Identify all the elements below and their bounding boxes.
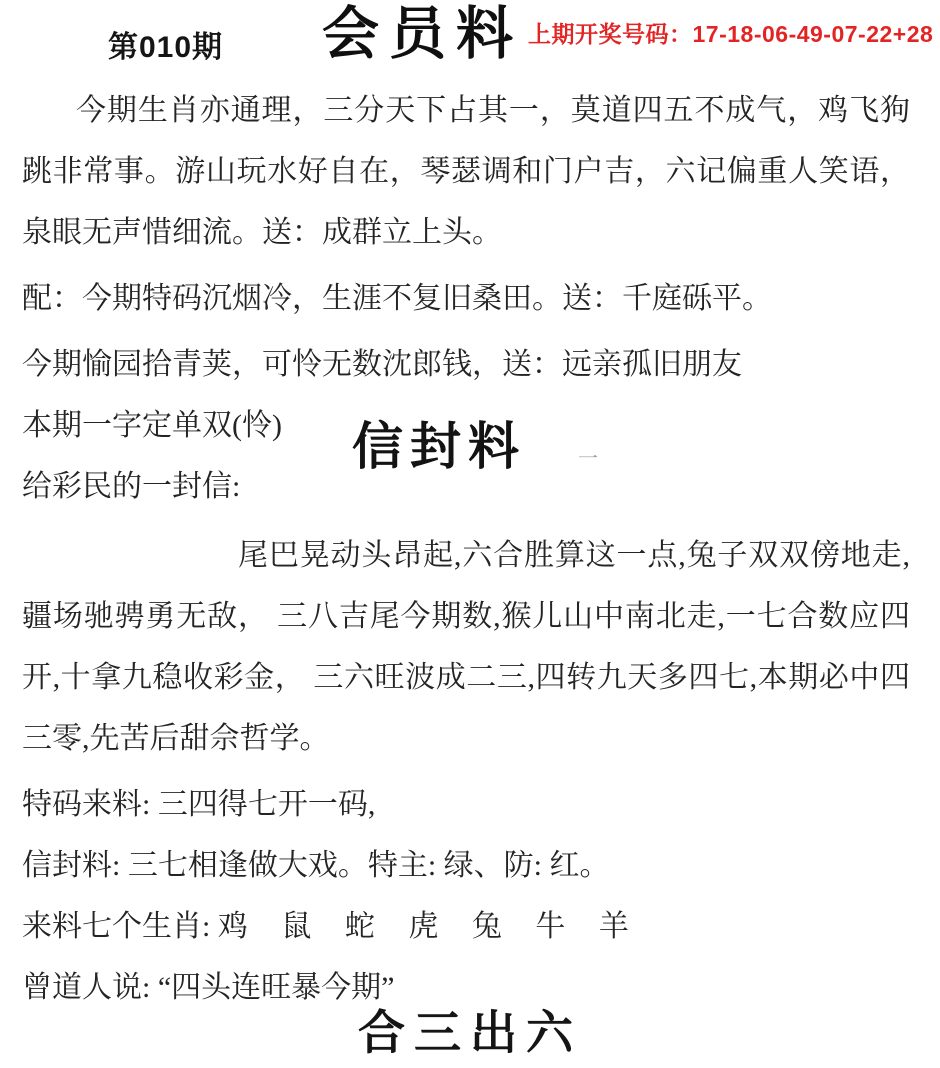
envelope-section-title: 信封料 [348,418,530,478]
zodiac-line: 来料七个生肖: 鸡 鼠 蛇 虎 兔 牛 羊 [22,896,910,957]
envelope-letter: 尾巴晃动头昂起,六合胜算这一点,兔子双双傍地走,疆场驰骋勇无敌， 三八吉尾今期数… [22,525,910,769]
special-code-line: 特码来料: 三四得七开一码, [22,774,910,835]
tip-sheet-page: 第010期 会员料 上期开奖号码：17-18-06-49-07-22+28 今期… [0,0,940,1068]
issue-number-label: 第010期 [108,22,223,66]
pair-line: 配：今期特码沉烟冷，生涯不复旧桑田。送：千庭砾平。 [22,268,910,329]
document-body: 今期生肖亦通理，三分天下占其一，莫道四五不成气，鸡飞狗跳非常事。游山玩水好自在，… [22,80,910,1018]
header: 第010期 会员料 上期开奖号码：17-18-06-49-07-22+28 [0,0,940,78]
last-draw-numbers: 上期开奖号码：17-18-06-49-07-22+28 [528,16,933,49]
zodiac-label: 来料七个生肖: [22,910,210,943]
gift-line: 今期愉园拾青荚，可怜无数沈郎钱，送：远亲孤旧朋友 [22,334,910,395]
zodiac-animals: 鸡 鼠 蛇 虎 兔 牛 羊 [218,910,642,943]
envelope-tip-line: 信封料: 三七相逢做大戏。特主: 绿、防: 红。 [22,835,910,896]
envelope-title-stray-mark: 一 [578,442,598,471]
member-poem: 今期生肖亦通理，三分天下占其一，莫道四五不成气，鸡飞狗跳非常事。游山玩水好自在，… [22,80,910,263]
page-title: 会员料 [322,2,523,68]
footer-slogan: 合三出六 [0,996,940,1063]
